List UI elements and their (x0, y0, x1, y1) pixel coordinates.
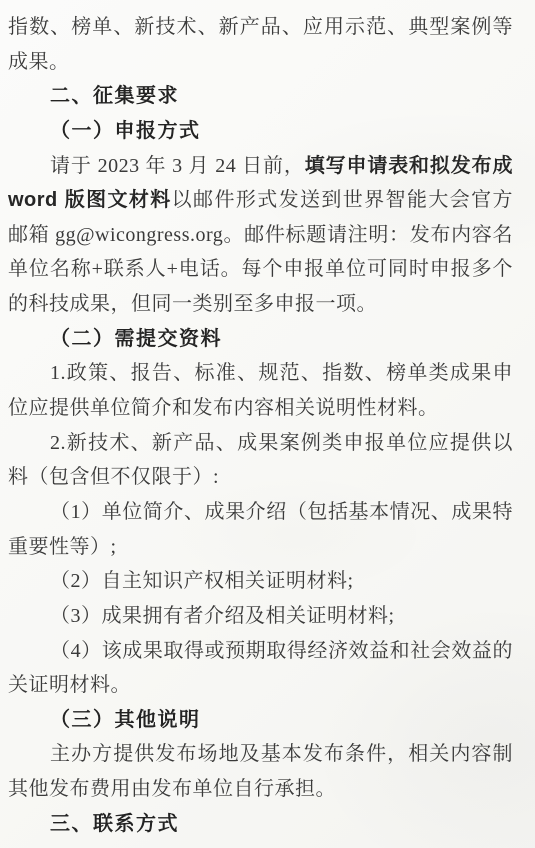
text-segment: 关证明材料。 (8, 674, 131, 696)
text-segment: 请于 2023 年 3 月 24 日前， (50, 155, 305, 177)
text-segment: （2）自主知识产权相关证明材料; (50, 570, 354, 592)
subitem-2: （2）自主知识产权相关证明材料; (8, 564, 513, 599)
heading-section-2: 二、征集要求 (8, 79, 513, 114)
scanned-document-page: 指数、榜单、新技术、新产品、应用示范、典型案例等创新成果。二、征集要求（一）申报… (0, 0, 535, 848)
text-segment: 位应提供单位简介和发布内容相关说明性材料。 (8, 397, 439, 419)
subitem-3: （3）成果拥有者介绍及相关证明材料; (8, 599, 513, 634)
para-intro-line-2: 成果。 (8, 45, 513, 80)
subitem-4-line-2: 关证明材料。 (8, 668, 513, 703)
bold-text-segment: （三）其他说明 (50, 709, 201, 731)
text-segment: 其他发布费用由发布单位自行承担。 (8, 778, 336, 800)
para-apply-line-5: 的科技成果，但同一类别至多申报一项。 (8, 287, 513, 322)
text-segment: 2.新技术、新产品、成果案例类申报单位应提供以下材 (8, 432, 513, 461)
bold-text-segment: 三、联系方式 (50, 813, 179, 835)
heading-2-2: （二）需提交资料 (8, 322, 513, 357)
text-segment: （1）单位简介、成果介绍（包括基本情况、成果特点、 (8, 501, 513, 530)
text-segment: 的科技成果，但同一类别至多申报一项。 (8, 293, 377, 315)
bold-text-segment: （一）申报方式 (50, 120, 201, 142)
bold-text-segment: 二、征集要求 (50, 85, 179, 107)
text-segment: 成果。 (8, 51, 70, 73)
text-segment: 主办方提供发布场地及基本发布条件，相关内容制作及 (8, 743, 513, 772)
para-intro-line-1: 指数、榜单、新技术、新产品、应用示范、典型案例等创新 (8, 10, 513, 45)
para-apply-line-4: 单位名称+联系人+电话。每个申报单位可同时申报多个类别 (8, 252, 513, 287)
text-segment: （4）该成果取得或预期取得经济效益和社会效益的相 (8, 640, 513, 669)
para-apply-line-2: word 版图文材料以邮件形式发送到世界智能大会官方工作 (8, 183, 513, 218)
para-other-line-2: 其他发布费用由发布单位自行承担。 (8, 772, 513, 807)
para-apply-line-3: 邮箱 gg@wicongress.org。邮件标题请注明：发布内容名称+ (8, 218, 513, 253)
text-segment: 指数、榜单、新技术、新产品、应用示范、典型案例等创新 (8, 16, 513, 45)
heading-2-3: （三）其他说明 (8, 703, 513, 738)
subitem-4-line-1: （4）该成果取得或预期取得经济效益和社会效益的相 (8, 634, 513, 669)
item-1-line-2: 位应提供单位简介和发布内容相关说明性材料。 (8, 391, 513, 426)
item-2-line-2: 料（包含但不仅限于）: (8, 460, 513, 495)
text-segment: 料（包含但不仅限于）: (8, 466, 219, 488)
bold-text-segment: （二）需提交资料 (50, 328, 222, 350)
bold-text-segment: word 版图文材料 (8, 189, 172, 211)
subitem-1-line-2: 重要性等）; (8, 530, 513, 565)
text-segment: 邮箱 gg@wicongress.org。邮件标题请注明：发布内容名称+ (8, 224, 513, 253)
subitem-1-line-1: （1）单位简介、成果介绍（包括基本情况、成果特点、 (8, 495, 513, 530)
item-1-line-1: 1.政策、报告、标准、规范、指数、榜单类成果申报单 (8, 356, 513, 391)
text-segment: 单位名称+联系人+电话。每个申报单位可同时申报多个类别 (8, 258, 513, 287)
text-segment: 1.政策、报告、标准、规范、指数、榜单类成果申报单 (8, 362, 513, 391)
text-segment: 重要性等）; (8, 536, 117, 558)
text-segment: （3）成果拥有者介绍及相关证明材料; (50, 605, 395, 627)
heading-2-1: （一）申报方式 (8, 114, 513, 149)
para-apply-line-1: 请于 2023 年 3 月 24 日前，填写申请表和拟发布成果 (8, 149, 513, 184)
item-2-line-1: 2.新技术、新产品、成果案例类申报单位应提供以下材 (8, 426, 513, 461)
heading-section-3: 三、联系方式 (8, 807, 513, 842)
para-other-line-1: 主办方提供发布场地及基本发布条件，相关内容制作及 (8, 737, 513, 772)
